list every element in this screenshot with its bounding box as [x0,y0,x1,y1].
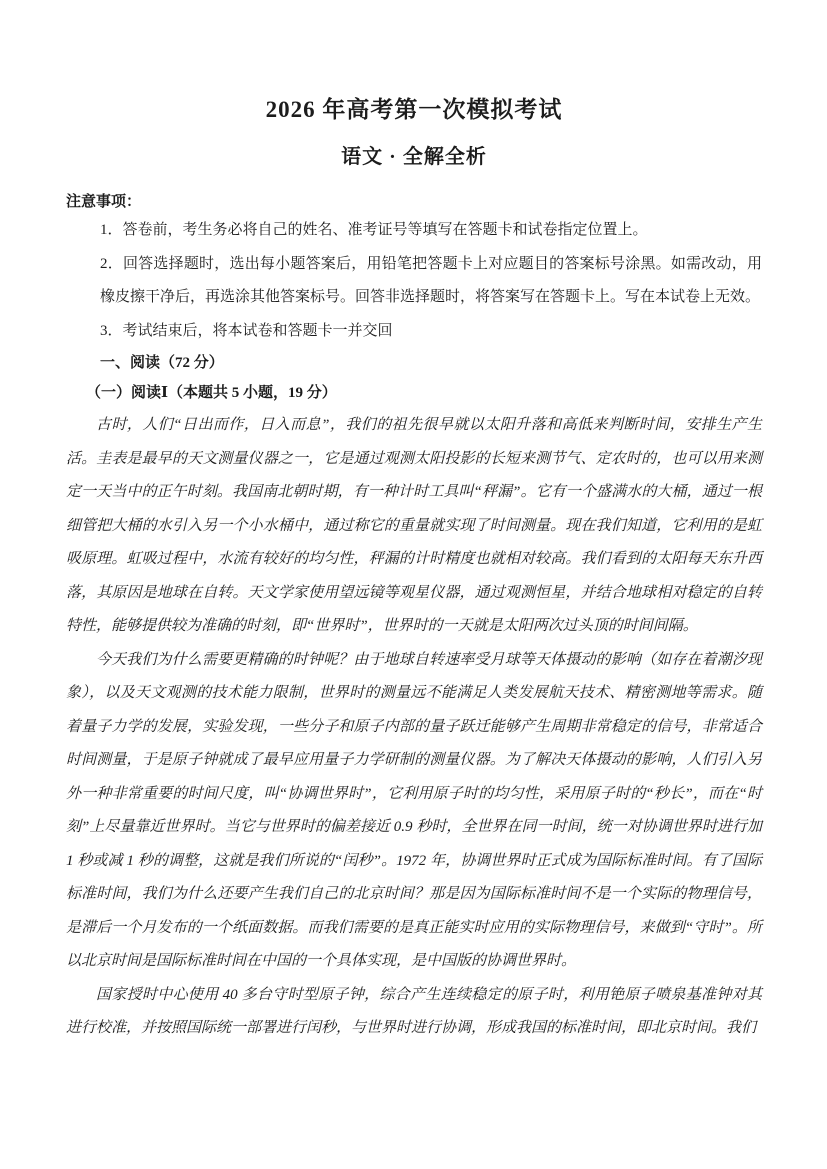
subsection-heading-reading-1: （一）阅读Ⅰ（本题共 5 小题，19 分） [86,379,762,408]
passage-paragraph-1: 古时，人们“日出而作，日入而息”，我们的祖先很早就以太阳升落和高低来判断时间，安… [66,409,762,644]
notice-item-1: 1．答卷前，考生务必将自己的姓名、准考证号等填写在答题卡和试卷指定位置上。 [100,214,762,248]
exam-paper-page: 2026 年高考第一次模拟考试 语文 · 全解全析 注意事项： 1．答卷前，考生… [0,0,827,1169]
reading-passage: 古时，人们“日出而作，日入而息”，我们的祖先很早就以太阳升落和高低来判断时间，安… [66,409,762,1046]
passage-paragraph-2: 今天我们为什么需要更精确的时钟呢？由于地球自转速率受月球等天体摄动的影响（如存在… [66,644,762,979]
exam-subtitle: 语文 · 全解全析 [66,142,762,172]
notice-heading: 注意事项： [66,190,762,214]
passage-paragraph-3: 国家授时中心使用 40 多台守时型原子钟，综合产生连续稳定的原子时，利用铯原子喷… [66,979,762,1046]
notice-item-3: 3．考试结束后，将本试卷和答题卡一并交回 [100,315,762,349]
exam-title: 2026 年高考第一次模拟考试 [66,94,762,126]
notice-item-2: 2．回答选择题时，选出每小题答案后，用铅笔把答题卡上对应题目的答案标号涂黑。如需… [100,248,762,315]
section-heading-reading: 一、阅读（72 分） [100,348,762,379]
notice-section: 注意事项： 1．答卷前，考生务必将自己的姓名、准考证号等填写在答题卡和试卷指定位… [66,190,762,348]
